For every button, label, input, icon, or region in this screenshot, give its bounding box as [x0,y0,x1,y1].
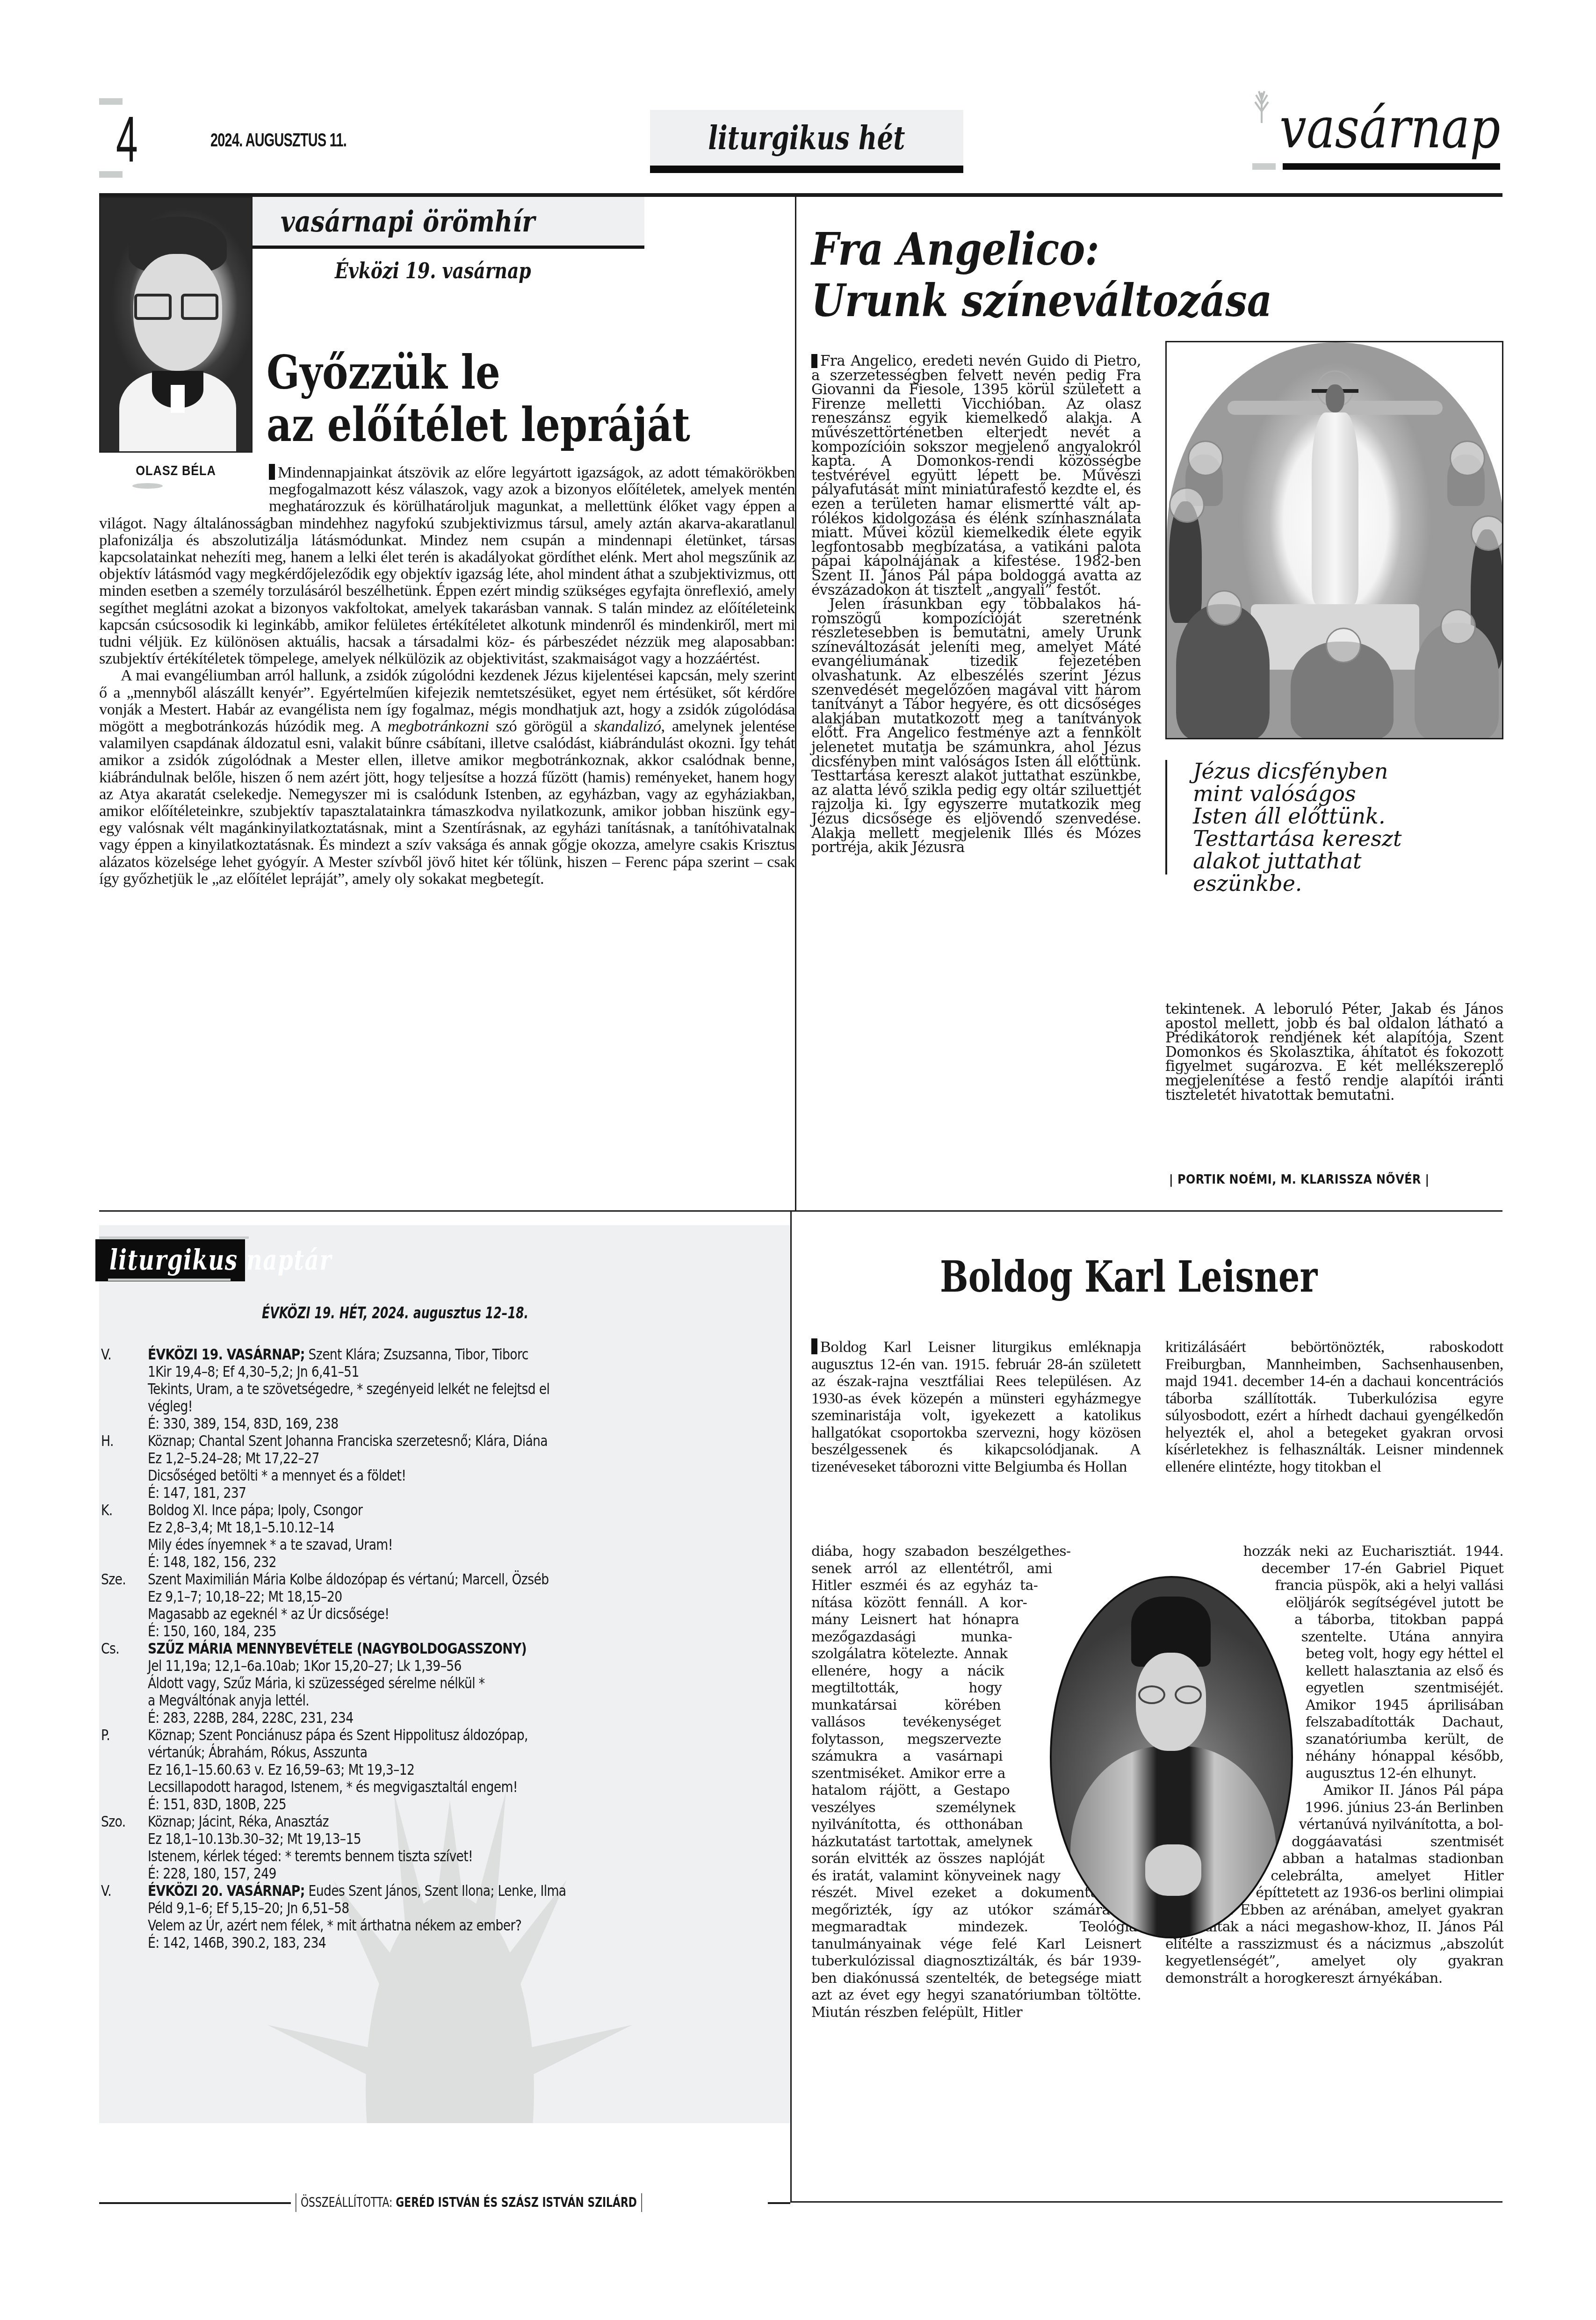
hymn-numbers: É: 283, 228B, 284, 228C, 231, 234 [148,1709,673,1727]
karl-leisner-portrait [1050,1576,1293,1938]
title-line-1: Fra Angelico: [811,224,1272,275]
lead-marker-icon [811,354,817,368]
hymn-numbers: É: 150, 160, 184, 235 [148,1623,673,1640]
article-column-1-top: Boldog Karl Leisner liturgikus emlék­nap… [811,1338,1141,1475]
section-tab: liturgikus hét [650,110,963,173]
day-title: Szent Maximilián Mária Kolbe áldozópap é… [148,1571,673,1588]
paragraph: Fra Angelico, eredeti nevén Guido di Pie… [811,354,1141,597]
paragraph: Boldog Karl Leisner liturgikus emlék­nap… [811,1338,1141,1475]
calendar-day: Sze. Szent Maximilián Mária Kolbe áldozó… [101,1571,788,1640]
calendar-day: Cs. SZŰZ MÁRIA MENNYBEVÉTELE (NAGYBOLDOG… [101,1640,788,1727]
hymn-numbers: É: 330, 389, 154, 83D, 169, 238 [148,1415,673,1432]
antiphon: végleg! [148,1398,673,1415]
article-column-1: Fra Angelico, eredeti nevén Guido di Pie… [811,354,1141,855]
day-abbrev: V. [101,1346,139,1432]
portrait-folded-hands [1145,1844,1201,1896]
author-byline: | PORTIK NOÉMI, M. KLARISSZA NŐVÉR | [1169,1173,1430,1187]
antiphon: a Megváltónak anyja lettél. [148,1692,673,1709]
calendar-day-list: V. ÉVKÖZI 19. VASÁRNAP; Szent Klára; Zsu… [101,1346,788,1951]
credit-rule-left [99,2202,291,2204]
portrait-robe [1070,1746,1276,1938]
issue-date: 2024. AUGUSZTUS 11. [210,130,347,151]
antiphon: Mily édes ínyemnek * a te szavad, Uram! [148,1536,673,1554]
day-abbrev: Sze. [101,1571,139,1640]
painting-christ-figure [1307,370,1363,604]
paragraph: kritizálásáért bebörtönözték, rabosko­do… [1165,1338,1503,1475]
hymn-numbers: É: 142, 146B, 390.2, 183, 234 [148,1934,673,1951]
readings: Péld 9,1–6; Ef 5,15–20; Jn 6,51–58 [148,1900,673,1917]
antiphon: Lecsillapodott haragod, Istenem, * és me… [148,1778,673,1796]
day-abbrev: H. [101,1432,139,1502]
painting-prophet-right [1447,455,1485,506]
calendar-day: K. Boldog XI. Ince pápa; Ipoly, Csongor … [101,1502,788,1571]
readings: Jel 11,19a; 12,1–6a.10ab; 1Kor 15,20–27;… [148,1657,673,1675]
column-kicker: vasárnapi örömhír [253,197,644,249]
page-number: 4 [116,107,138,172]
brand-rule-accent [1252,163,1276,170]
brand-logo: vasárnap [1252,96,1500,166]
calendar-day: P. Köznap; Szent Ponciánusz pápa és Szen… [101,1727,788,1813]
readings: Ez 18,1–10.13b.30–32; Mt 19,13–15 [148,1830,673,1848]
antiphon: Tekints, Uram, a te szövetségedre, * sze… [148,1380,673,1398]
lead-marker-icon [269,464,275,480]
day-abbrev: K. [101,1502,139,1571]
calendar-day: Szo. Köznap; Jácint, Réka, Anasztáz Ez 1… [101,1813,788,1882]
footer-rule [790,2201,1502,2203]
article-column-2-top: kritizálásáért bebörtönözték, rabosko­do… [1165,1338,1503,1475]
column-divider [795,197,796,1210]
portrait-glasses [134,294,223,322]
antiphon: Istenem, kérlek téged: * teremts bennem … [148,1848,673,1865]
section-rule [99,1210,1502,1212]
credit-rule-right [768,2202,790,2204]
pull-quote: Jézus dicsfényben mint valóságos Isten á… [1165,760,1402,875]
painting-apostle-james [1291,642,1394,739]
column-divider [790,1212,792,2203]
hymn-numbers: É: 228, 180, 157, 249 [148,1865,673,1882]
masthead: 4 2024. AUGUSZTUS 11. liturgikus hét vas… [0,0,1596,206]
day-abbrev: P. [101,1727,139,1813]
portrait-glasses [1138,1685,1204,1704]
liturgical-occasion: Évközi 19. vasárnap [335,258,531,283]
day-title: Köznap; Jácint, Réka, Anasztáz [148,1813,673,1830]
calendar-tab: liturgikus naptár [95,1239,245,1281]
readings: Ez 16,1–15.60.63 v. Ez 16,59–63; Mt 19,3… [148,1761,673,1778]
article-title: Boldog Karl Leisner [940,1253,1317,1300]
painting-mary [1169,501,1202,623]
day-abbrev: V. [101,1882,139,1951]
tab-accent-bottom [108,1279,231,1281]
wheat-sprig-icon [1252,90,1271,123]
paragraph: Jelen írásunkban egy többalakos há­romsz… [811,597,1141,855]
day-abbrev: Szo. [101,1813,139,1882]
article-body: Mindennapjainkat átszövik az előre legyá… [99,464,795,887]
readings: 1Kir 19,4–8; Ef 4,30–5,2; Jn 6,41–51 [148,1363,673,1380]
painting-apostle-john [1415,623,1499,739]
article-column-2: tekintenek. A leboruló Péter, Jakab és J… [1165,1002,1503,1102]
day-title: Köznap; Szent Ponciánusz pápa és Szent H… [148,1727,673,1744]
hymn-numbers: É: 151, 83D, 180B, 225 [148,1796,673,1813]
title-line-2: Urunk színeváltozása [811,275,1272,326]
header-rule [99,193,1502,197]
day-abbrev: Cs. [101,1640,139,1727]
calendar-tab-label: liturgikus naptár [109,1244,332,1277]
readings: Ez 9,1–7; 10,18–22; Mt 18,15–20 [148,1588,673,1605]
calendar-day: H. Köznap; Chantal Szent Johanna Francis… [101,1432,788,1502]
readings: Ez 2,8–3,4; Mt 18,1–5.10.12–14 [148,1519,673,1536]
hymn-numbers: É: 147, 181, 237 [148,1484,673,1502]
day-title: SZŰZ MÁRIA MENNYBEVÉTELE (NAGYBOLDOGASSZ… [148,1640,673,1657]
byline-spacer [99,464,269,514]
brand-wordmark: vasárnap [1279,101,1500,157]
antiphon: Dicsőséged betölti * a mennyet és a föld… [148,1467,673,1484]
kicker-label: vasárnapi örömhír [281,204,535,239]
day-title-cont: vértanúk; Ábrahám, Rókus, Asszunta [148,1744,673,1761]
headline-line-2: az előítélet lepráját [267,398,690,451]
day-title: Boldog XI. Ince pápa; Ipoly, Csongor [148,1502,673,1519]
painting-apostle-peter [1176,604,1270,739]
headline-line-1: Győzzük le [267,346,690,398]
tab-accent-top [99,1236,249,1239]
day-title: ÉVKÖZI 19. VASÁRNAP; Szent Klára; Zsuzsa… [148,1346,673,1363]
day-title: ÉVKÖZI 20. VASÁRNAP; Eudes Szent János, … [148,1882,673,1900]
transfiguration-painting [1165,341,1503,739]
antiphon: Velem az Úr, azért nem félek, * mit árth… [148,1917,673,1934]
portrait-clerical-collar [119,371,236,453]
antiphon: Magasabb az egeknél * az Úr dicsősége! [148,1605,673,1623]
brand-rule [1283,163,1500,170]
calendar-day: V. ÉVKÖZI 19. VASÁRNAP; Szent Klára; Zsu… [101,1346,788,1432]
credit-text: ÖSSZEÁLLÍTOTTA: GERÉD ISTVÁN ÉS SZÁSZ IS… [296,2193,642,2212]
day-title: Köznap; Chantal Szent Johanna Franciska … [148,1432,673,1450]
paragraph: tekintenek. A leboruló Péter, Jakab és J… [1165,1002,1503,1102]
readings: Ez 1,2–5.24–28; Mt 17,22–27 [148,1450,673,1467]
paragraph: A mai evangéliumban arról hallunk, a zsi… [99,667,795,887]
author-portrait [99,196,253,453]
lead-marker-icon [811,1338,817,1354]
calendar-credit: ÖSSZEÁLLÍTOTTA: GERÉD ISTVÁN ÉS SZÁSZ IS… [99,2193,790,2212]
article-title: Fra Angelico: Urunk színeváltozása [811,224,1272,326]
section-label: liturgikus hét [708,118,905,157]
article-headline: Győzzük le az előítélet lepráját [267,346,690,451]
antiphon: Áldott vagy, Szűz Mária, ki szüzességed … [148,1675,673,1692]
calendar-week-title: ÉVKÖZI 19. HÉT, 2024. augusztus 12–18. [103,1304,688,1323]
hymn-numbers: É: 148, 182, 156, 232 [148,1554,673,1571]
calendar-day: V. ÉVKÖZI 20. VASÁRNAP; Eudes Szent Jáno… [101,1882,788,1951]
